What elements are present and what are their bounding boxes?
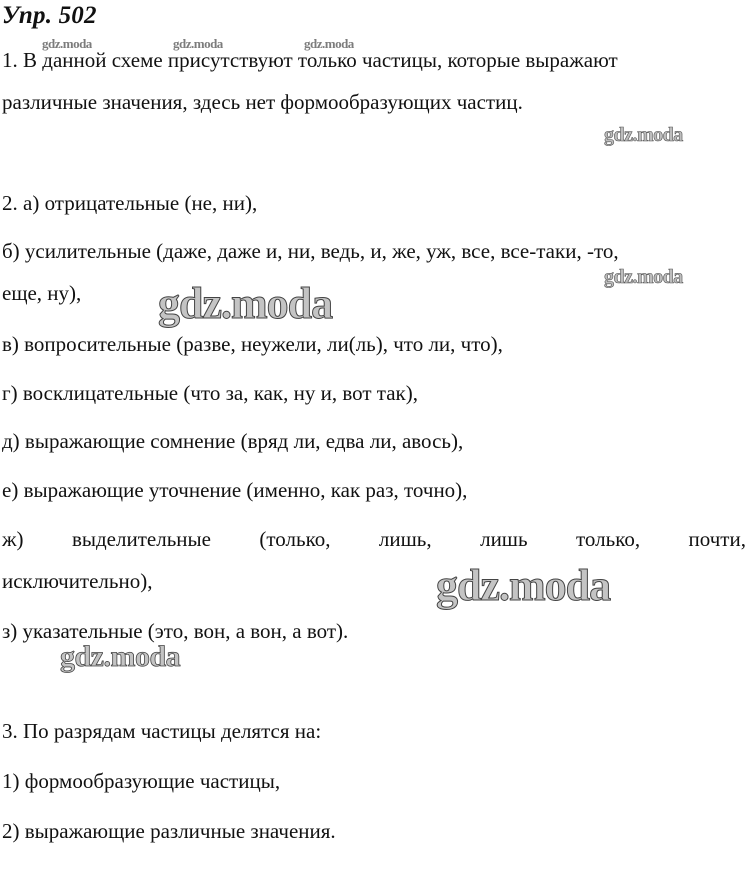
- section3-item1: 1) формообразующие частицы,: [2, 768, 280, 794]
- zh-word: ж): [2, 526, 24, 552]
- zh-word: выделительные: [72, 526, 211, 552]
- section1-line2: различные значения, здесь нет формообраз…: [2, 89, 523, 115]
- section2-item-g: г) восклицательные (что за, как, ну и, в…: [2, 380, 418, 406]
- watermark: gdz.moda: [158, 278, 332, 329]
- watermark: gdz.moda: [604, 124, 683, 147]
- section2-item-zh-line1: ж) выделительные (только, лишь, лишь тол…: [2, 526, 746, 552]
- section2-item-a: 2. а) отрицательные (не, ни),: [2, 190, 257, 216]
- zh-word: (только,: [259, 526, 330, 552]
- section2-item-b-line1: б) усилительные (даже, даже и, ни, ведь,…: [2, 238, 619, 264]
- section2-item-e: е) выражающие уточнение (именно, как раз…: [2, 477, 467, 503]
- section2-item-d: д) выражающие сомнение (вряд ли, едва ли…: [2, 428, 463, 454]
- watermark: gdz.moda: [604, 266, 683, 289]
- section2-item-v: в) вопросительные (разве, неужели, ли(ль…: [2, 331, 503, 357]
- watermark: gdz.moda: [436, 560, 610, 611]
- zh-word: почти,: [689, 526, 746, 552]
- exercise-title: Упр. 502: [2, 0, 97, 32]
- zh-word: лишь: [480, 526, 527, 552]
- section1-line1: 1. В данной схеме присутствуют только ча…: [2, 47, 618, 73]
- watermark: gdz.moda: [60, 640, 180, 674]
- zh-word: лишь,: [379, 526, 432, 552]
- section3-item2: 2) выражающие различные значения.: [2, 818, 336, 844]
- zh-word: только,: [576, 526, 640, 552]
- section3-heading: 3. По разрядам частицы делятся на:: [2, 718, 321, 744]
- section2-item-b-line2: еще, ну),: [2, 280, 81, 306]
- section2-item-zh-line2: исключительно),: [2, 568, 152, 594]
